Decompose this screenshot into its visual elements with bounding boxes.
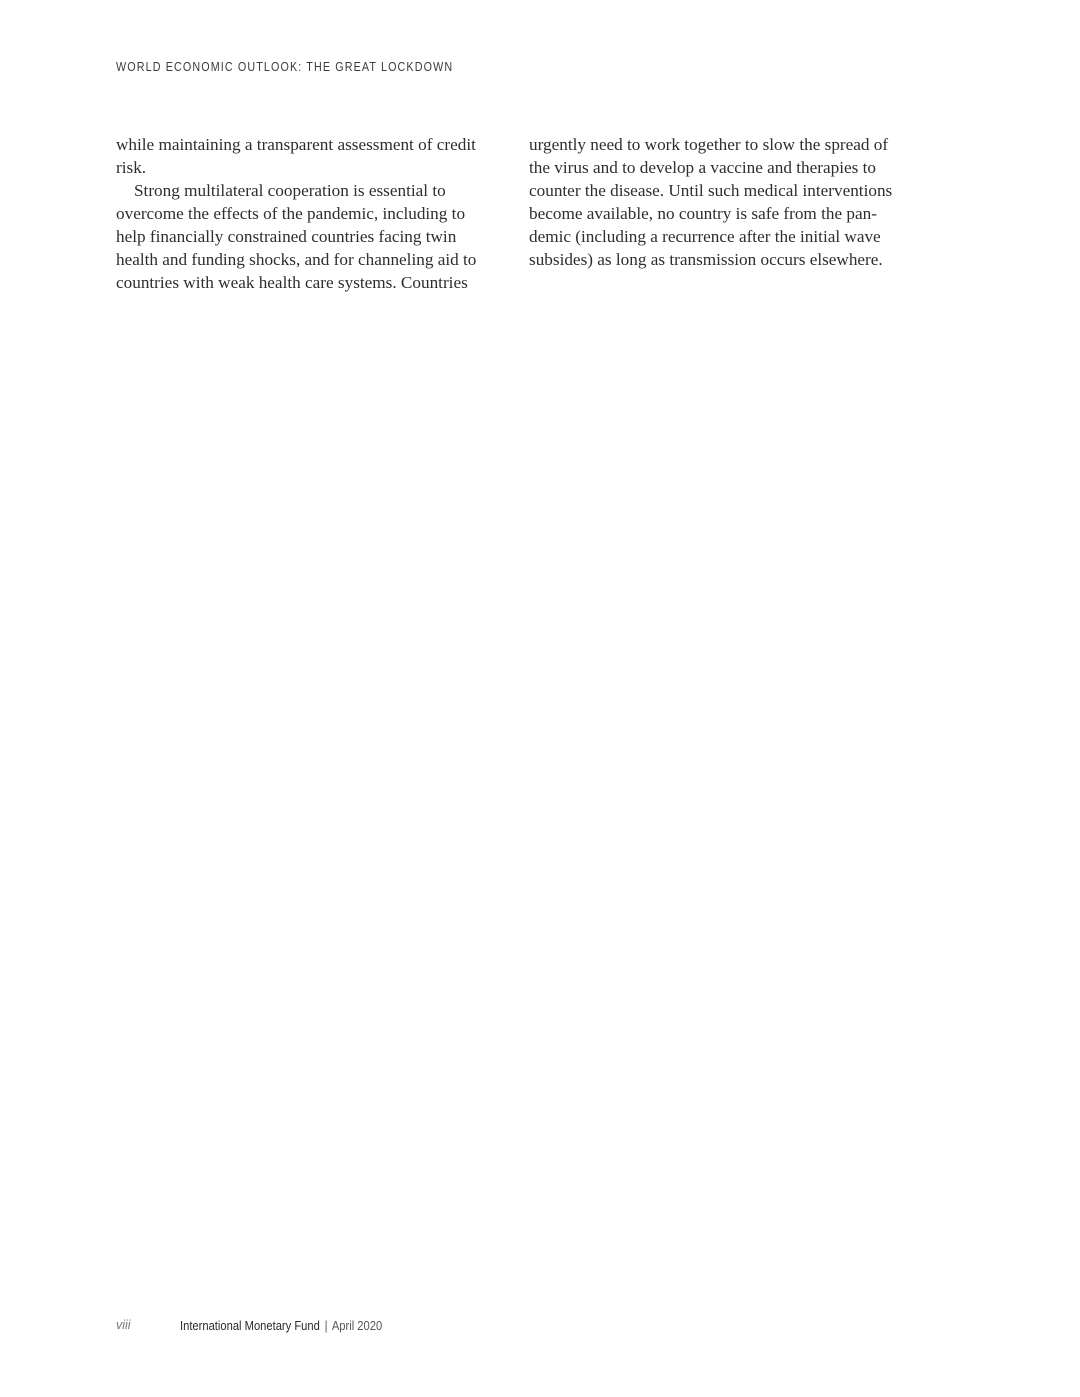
text-line: become available, no country is safe fro… xyxy=(529,202,909,225)
text-line: the virus and to develop a vaccine and t… xyxy=(529,156,909,179)
text-line: urgently need to work together to slow t… xyxy=(529,133,909,156)
text-line: health and funding shocks, and for chann… xyxy=(116,248,496,271)
body-column-left: while maintaining a transparent assessme… xyxy=(116,133,496,294)
text-line: overcome the effects of the pandemic, in… xyxy=(116,202,496,225)
publication-date: April 2020 xyxy=(332,1318,382,1333)
text-line: while maintaining a transparent assessme… xyxy=(116,133,496,156)
text-line: subsides) as long as transmission occurs… xyxy=(529,248,909,271)
text-line: demic (including a recurrence after the … xyxy=(529,225,909,248)
text-line: countries with weak health care systems.… xyxy=(116,271,496,294)
running-header: WORLD ECONOMIC OUTLOOK: THE GREAT LOCKDO… xyxy=(116,60,453,74)
paragraph-start-line: Strong multilateral cooperation is essen… xyxy=(116,179,496,202)
footer-imprint: International Monetary Fund | April 2020 xyxy=(180,1318,382,1333)
page-number: viii xyxy=(116,1318,131,1332)
text-line: risk. xyxy=(116,156,496,179)
body-column-right: urgently need to work together to slow t… xyxy=(529,133,909,271)
organization-name: International Monetary Fund xyxy=(180,1318,320,1333)
text-line: help financially constrained countries f… xyxy=(116,225,496,248)
footer-separator: | xyxy=(323,1318,329,1333)
text-line: counter the disease. Until such medical … xyxy=(529,179,909,202)
